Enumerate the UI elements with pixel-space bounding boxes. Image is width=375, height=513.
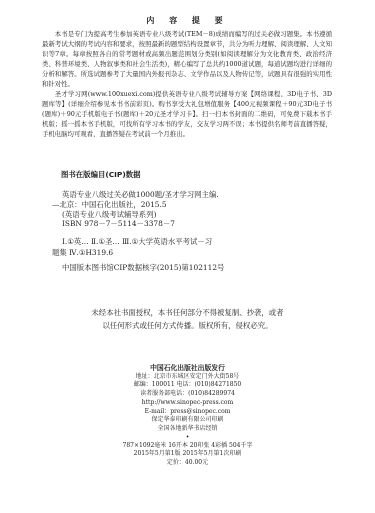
publisher-name: 中国石化出版社出版发行 [0,364,375,373]
separator-dot: • [0,434,375,442]
cip-classification-line: 题集 Ⅳ.①H319.6 [52,248,302,259]
printer-info: 保定华泰印刷有限公司印刷 [0,416,375,425]
cip-isbn-line: ISBN 978－7－5114－3378－7 [52,219,302,229]
cip-classification: Ⅰ.①英… Ⅱ.①圣… Ⅲ.①大学英语水平考试－习 题集 Ⅳ.①H319.6 [52,237,302,258]
summary-title: 内 容 提 要 [0,15,375,26]
summary-paragraph: 本书是专门为提高考生参加英语专业八级考试(TEM－8)成绩而编写的过关必做习题集… [42,29,332,89]
distributor-info: 全国各地新华书店经销 [0,425,375,434]
cip-publication-line: —北京：中国石化出版社，2015.5 [52,200,302,210]
publisher-email: E-mail：press@sinopec.com [0,408,375,417]
cip-series-line: (英语专业八级考试辅导系列) [52,210,302,220]
copyright-line: 以任何形式或任何方式传播。版权所有，侵权必究。 [0,320,375,333]
cip-record-number: 中国版本图书馆CIP数据核字(2015)第102112号 [62,262,224,273]
summary-paragraph: 圣才学习网(www.100xuexi.com)提供英语专业八级考试辅导方案【网络… [42,89,332,139]
publisher-postcode-phone: 邮编：100011 电话：(010)84271850 [0,381,375,390]
copyright-line: 未经本社书面授权，本书任何部分不得被复制、抄袭，或者 [0,307,375,320]
publisher-website: http://www.sinopec-press.com [0,399,375,408]
cip-classification-line: Ⅰ.①英… Ⅱ.①圣… Ⅲ.①大学英语水平考试－习 [52,237,302,248]
copyright-notice: 未经本社书面授权，本书任何部分不得被复制、抄袭，或者 以任何形式或任何方式传播。… [0,307,375,332]
copyright-page: 内 容 提 要 本书是专门为提高考生参加英语专业八级考试(TEM－8)成绩而编写… [0,0,375,513]
cip-title-line: 英语专业八级过关必做1000题/圣才学习网主编. [52,190,302,200]
cip-heading: 图书在版编目(CIP)数据 [61,169,140,180]
publisher-info: 中国石化出版社出版发行 地址：北京市东城区安定门外大街58号 邮编：100011… [0,364,375,468]
publisher-reader-service: 读者服务部电话：(010)84289974 [0,390,375,399]
edition-info: 2015年5月第1版 2015年5月第1次印刷 [0,450,375,459]
summary-body: 本书是专门为提高考生参加英语专业八级考试(TEM－8)成绩而编写的过关必做习题集… [42,29,332,139]
cip-record: 英语专业八级过关必做1000题/圣才学习网主编. —北京：中国石化出版社，201… [52,190,302,229]
price: 定价：40.00元 [0,459,375,468]
